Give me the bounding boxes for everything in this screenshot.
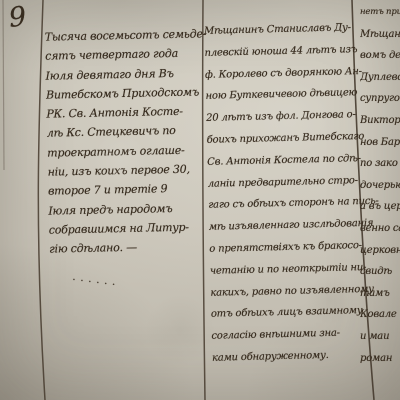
page-edge-rule bbox=[3, 0, 4, 170]
handwritten-line: РК. Св. Антонія Косте- bbox=[46, 102, 200, 125]
handwritten-line-fragment: тамъ bbox=[360, 283, 400, 305]
handwritten-line: сятъ четвертаго года bbox=[45, 44, 199, 67]
handwritten-line-fragment: и маи bbox=[360, 326, 400, 348]
handwritten-line: ніи, изъ коихъ первое 30, bbox=[47, 159, 201, 182]
handwritten-line: согласію внѣшними зна- bbox=[211, 322, 359, 347]
handwritten-line-fragment: а въ цер bbox=[360, 196, 400, 218]
handwritten-line: гію сдѣлано. — bbox=[49, 237, 203, 260]
handwritten-line-fragment: церковн bbox=[360, 240, 400, 262]
handwritten-line: собравшимся на Литур- bbox=[49, 217, 203, 240]
details-column: Мѣщанинъ Станиславъ Ду-плевскій юноша 44… bbox=[204, 17, 360, 369]
handwritten-line-fragment: по зако bbox=[360, 153, 400, 175]
handwritten-line-fragment: нетъ при И bbox=[360, 2, 400, 24]
handwritten-line-fragment: венно са bbox=[360, 218, 400, 240]
handwritten-line: плевскій юноша 44 лѣтъ изъ bbox=[204, 39, 352, 64]
handwritten-line-fragment: свидѣ bbox=[360, 261, 400, 283]
right-edge-column: нетъ при ИМѣщанъ Адвомъ де уповДуплевскс… bbox=[360, 2, 400, 369]
handwritten-line-fragment: вомъ де упов bbox=[360, 45, 400, 67]
handwritten-line: Св. Антонія Костела по сдѣ- bbox=[207, 148, 355, 173]
handwritten-line-fragment: нов Бара bbox=[360, 132, 400, 154]
record-number: 9 bbox=[7, 1, 27, 34]
handwritten-line-fragment: Мѣщанъ Ад bbox=[360, 24, 400, 46]
register-page-scan: 9 Тысяча восемьсотъ семьде-сятъ четверта… bbox=[0, 0, 400, 400]
column-rule-number bbox=[38, 0, 45, 400]
handwritten-line-fragment: Викторе и bbox=[360, 110, 400, 132]
handwritten-line-fragment: Ковале bbox=[360, 304, 400, 326]
handwritten-line-fragment: Дуплевск bbox=[360, 67, 400, 89]
announcement-column: Тысяча восемьсотъ семьде-сятъ четвертаго… bbox=[45, 24, 204, 259]
handwritten-line: ками обнаруженному. bbox=[212, 344, 360, 369]
handwritten-line-fragment: роман bbox=[360, 348, 400, 370]
handwritten-line: четанію и по неоткрытіи ни- bbox=[210, 257, 358, 282]
handwritten-line-fragment: дочерью bbox=[360, 175, 400, 197]
handwritten-line-fragment: супругов bbox=[360, 88, 400, 110]
